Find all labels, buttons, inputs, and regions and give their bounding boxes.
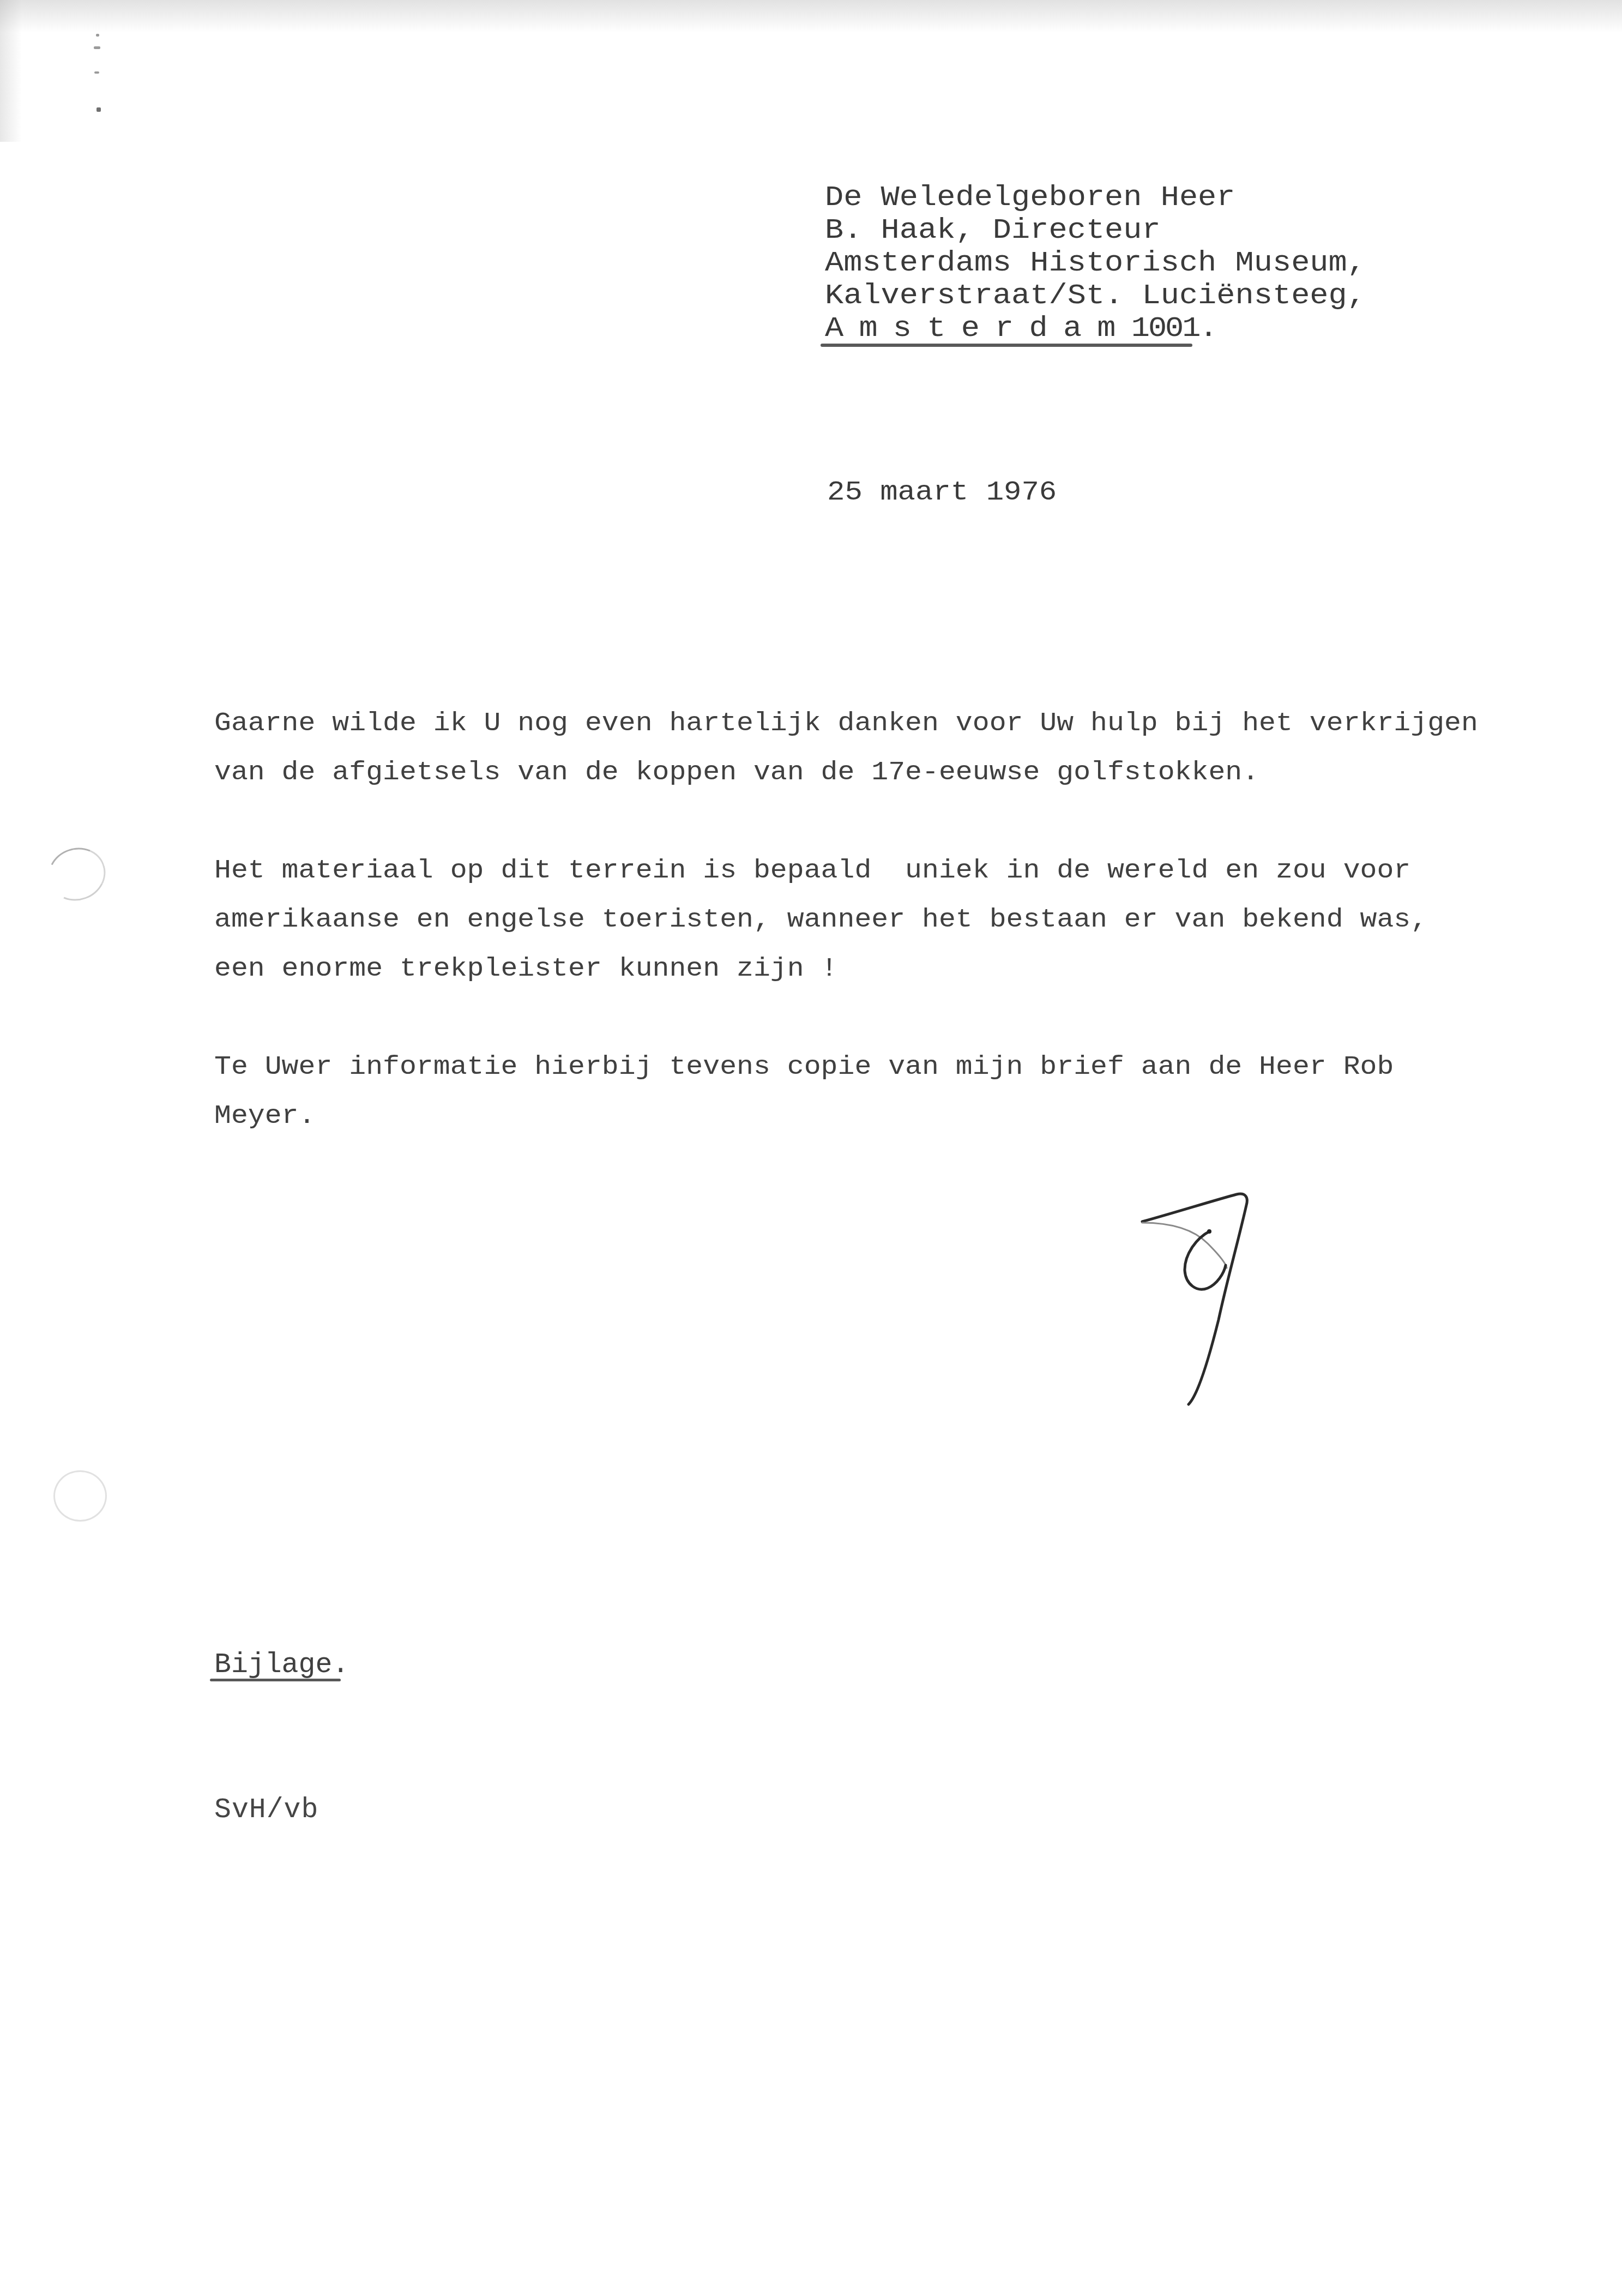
scan-smudge-left (0, 0, 22, 142)
body-line: een enorme trekpleister kunnen zijn ! (214, 956, 838, 983)
enclosure-label: Bijlage. (214, 1651, 349, 1680)
body-line: Het materiaal op dit terrein is bepaald … (214, 858, 1410, 885)
address-city-line: A m s t e r d a m 1001. (825, 315, 1216, 344)
letter-date: 25 maart 1976 (827, 479, 1057, 507)
signature-icon (1090, 1162, 1309, 1423)
scan-speck (97, 107, 101, 112)
scan-speck (94, 71, 99, 74)
punch-hole-mark (53, 1470, 107, 1522)
address-line: B. Haak, Directeur (825, 217, 1161, 245)
body-line: van de afgietsels van de koppen van de 1… (214, 760, 1259, 786)
enclosure-underline (210, 1679, 341, 1681)
city-underline (821, 344, 1192, 347)
punch-hole-mark (41, 840, 113, 909)
body-line: amerikaanse en engelse toeristen, wannee… (214, 907, 1427, 934)
address-line: Amsterdams Historisch Museum, (825, 250, 1366, 278)
address-line: Kalverstraat/St. Luciënsteeg, (825, 283, 1366, 311)
scan-smudge-top (0, 0, 1622, 33)
address-line: De Weledelgeboren Heer (825, 184, 1235, 213)
scan-speck (94, 46, 100, 49)
body-line: Meyer. (214, 1103, 315, 1130)
body-line: Te Uwer informatie hierbij tevens copie … (214, 1054, 1394, 1081)
scan-speck (96, 34, 99, 37)
reference-initials: SvH/vb (214, 1796, 318, 1825)
body-line: Gaarne wilde ik U nog even hartelijk dan… (214, 711, 1478, 737)
